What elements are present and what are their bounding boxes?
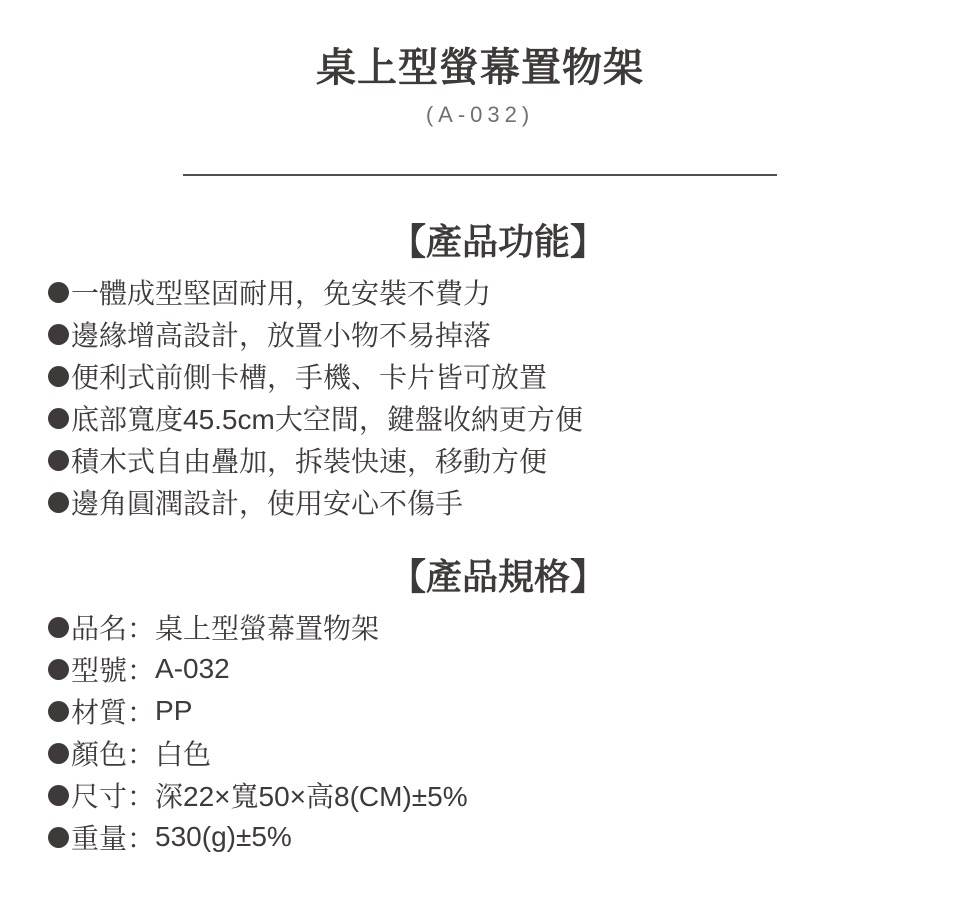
spec-label: 顏色 xyxy=(71,733,127,773)
feature-text: 便利式前側卡槽，手機、卡片皆可放置 xyxy=(71,356,547,396)
product-spec-sheet: 桌上型螢幕置物架 (A-032) 【產品功能】 一體成型堅固耐用，免安裝不費力 … xyxy=(0,0,960,913)
feature-text: 邊角圓潤設計，使用安心不傷手 xyxy=(71,482,463,522)
feature-text: 積木式自由疊加，拆裝快速，移動方便 xyxy=(71,440,547,480)
spec-label: 品名 xyxy=(71,607,127,647)
spec-label: 材質 xyxy=(71,691,127,731)
spec-item: 型號：A-032 xyxy=(48,648,960,690)
spec-item: 尺寸：深22×寬50×高8(CM)±5% xyxy=(48,774,960,816)
feature-text: 邊緣增高設計，放置小物不易掉落 xyxy=(71,314,491,354)
bullet-dot-icon xyxy=(48,492,69,513)
spec-label: 尺寸 xyxy=(71,775,127,815)
spec-separator: ： xyxy=(127,691,155,731)
spec-value: A-032 xyxy=(155,653,230,685)
bullet-dot-icon xyxy=(48,408,69,429)
spec-value: PP xyxy=(155,695,192,727)
spec-label: 重量 xyxy=(71,817,127,857)
spec-separator: ： xyxy=(127,775,155,815)
spec-value: 530(g)±5% xyxy=(155,821,292,853)
product-model-code: (A-032) xyxy=(0,102,960,128)
feature-item: 積木式自由疊加，拆裝快速，移動方便 xyxy=(48,439,960,481)
feature-item: 底部寬度45.5cm大空間，鍵盤收納更方便 xyxy=(48,397,960,439)
bullet-dot-icon xyxy=(48,282,69,303)
feature-item: 便利式前側卡槽，手機、卡片皆可放置 xyxy=(48,355,960,397)
bullet-dot-icon xyxy=(48,743,69,764)
specs-list: 品名：桌上型螢幕置物架 型號：A-032 材質：PP 顏色：白色 尺寸：深22×… xyxy=(48,606,960,858)
spec-value: 深22×寬50×高8(CM)±5% xyxy=(155,775,468,815)
bullet-dot-icon xyxy=(48,659,69,680)
bullet-dot-icon xyxy=(48,785,69,806)
spec-separator: ： xyxy=(127,817,155,857)
spec-value: 白色 xyxy=(155,733,211,773)
spec-item: 重量：530(g)±5% xyxy=(48,816,960,858)
features-list: 一體成型堅固耐用，免安裝不費力 邊緣增高設計，放置小物不易掉落 便利式前側卡槽，… xyxy=(48,271,960,523)
feature-text: 底部寬度45.5cm大空間，鍵盤收納更方便 xyxy=(71,398,583,438)
spec-item: 材質：PP xyxy=(48,690,960,732)
spec-item: 顏色：白色 xyxy=(48,732,960,774)
spec-separator: ： xyxy=(127,733,155,773)
feature-text: 一體成型堅固耐用，免安裝不費力 xyxy=(71,272,491,312)
spec-value: 桌上型螢幕置物架 xyxy=(155,607,379,647)
spec-separator: ： xyxy=(127,607,155,647)
specs-section-heading: 【產品規格】 xyxy=(18,557,960,597)
bullet-dot-icon xyxy=(48,701,69,722)
spec-separator: ： xyxy=(127,649,155,689)
feature-item: 邊角圓潤設計，使用安心不傷手 xyxy=(48,481,960,523)
feature-item: 邊緣增高設計，放置小物不易掉落 xyxy=(48,313,960,355)
bullet-dot-icon xyxy=(48,366,69,387)
features-section-heading: 【產品功能】 xyxy=(18,222,960,262)
horizontal-divider xyxy=(183,174,777,176)
spec-label: 型號 xyxy=(71,649,127,689)
bullet-dot-icon xyxy=(48,324,69,345)
bullet-dot-icon xyxy=(48,617,69,638)
bullet-dot-icon xyxy=(48,450,69,471)
feature-item: 一體成型堅固耐用，免安裝不費力 xyxy=(48,271,960,313)
spec-item: 品名：桌上型螢幕置物架 xyxy=(48,606,960,648)
product-title: 桌上型螢幕置物架 xyxy=(0,0,960,92)
bullet-dot-icon xyxy=(48,827,69,848)
